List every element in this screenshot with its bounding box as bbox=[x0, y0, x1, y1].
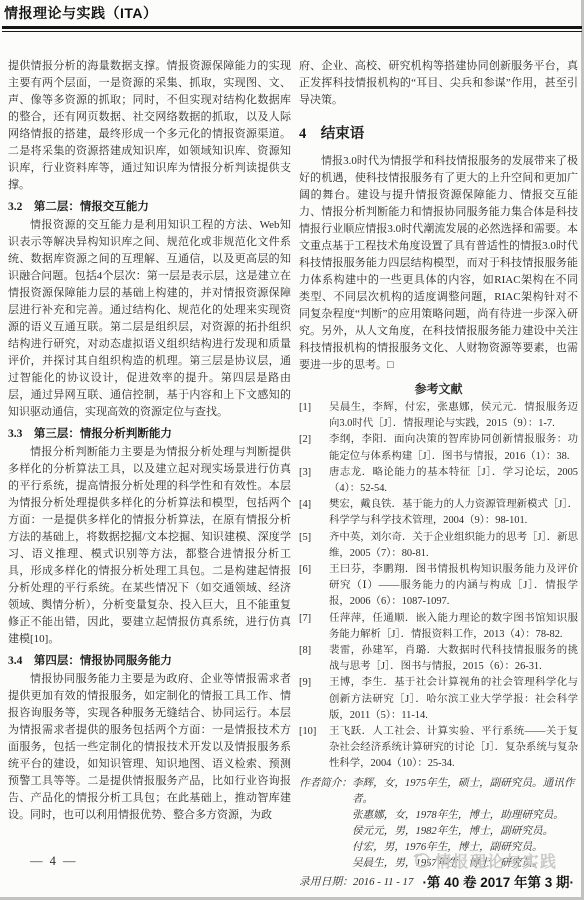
reference-text: 李纲，李阳．面向决策的智库协同创新情报服务：功能定位与体系构建［J］．图书与情报… bbox=[329, 432, 578, 464]
paragraph-continuation: 府、企业、高校、研究机构等搭建协同创新服务平台，真正发挥科技情报机构的“耳目、尖… bbox=[299, 58, 578, 109]
reference-item: [2] 李纲，李阳．面向决策的智库协同创新情报服务：功能定位与体系构建［J］．图… bbox=[299, 432, 578, 464]
reference-item: [3] 唐志龙．略论能力的基本特征［J］．学习论坛，2005（4）：52-54. bbox=[299, 465, 578, 497]
reference-item: [4] 樊宏，戴良铁．基于能力的人力资源管理新模式［J］．科学学与科学技术管理，… bbox=[299, 497, 578, 529]
reference-item: [6] 王曰芬，李鹏翔．图书情报机构知识服务能力及评价研究（Ⅰ）——服务能力的内… bbox=[299, 562, 578, 611]
journal-watermark: 情报理论与实践 bbox=[412, 849, 558, 872]
heading-section-3-3: 3.3 第三层：情报分析判断能力 bbox=[8, 425, 291, 441]
header-rule-thick bbox=[2, 26, 582, 29]
journal-page: 情报理论与实践（ITA） 提供情报分析的海量数据支撑。情报资源保障能力的实现主要… bbox=[0, 0, 584, 900]
reference-label: [5] bbox=[299, 530, 329, 562]
reference-label: [8] bbox=[299, 643, 329, 675]
reference-text: 裴雷，孙建军，肖璐．大数据时代科技情报服务的挑战与思考［J］．图书与情报，201… bbox=[329, 643, 578, 675]
journal-watermark-text: 情报理论与实践 bbox=[435, 849, 558, 872]
paragraph-interaction-capability: 情报资源的交互能力是利用知识工程的方法、Web知识表示等解决异构知识库之间、规范… bbox=[8, 217, 291, 421]
journal-logo-icon bbox=[412, 851, 431, 870]
page-number: — 4 — bbox=[30, 854, 78, 869]
heading-section-3-2: 3.2 第二层：情报交互能力 bbox=[8, 198, 291, 214]
references-title: 参考文献 bbox=[299, 380, 578, 397]
reference-text: 任萍萍，任通顺．嵌入能力理论的数字图书馆知识服务能力解析［J］．情报资料工作，2… bbox=[329, 611, 578, 643]
page-header: 情报理论与实践（ITA） bbox=[0, 0, 584, 32]
reference-text: 唐志龙．略论能力的基本特征［J］．学习论坛，2005（4）：52-54. bbox=[329, 465, 578, 497]
author-bio-label: 作者简介： bbox=[299, 776, 352, 872]
paragraph-conclusion: 情报3.0时代为情报学和科技情报服务的发展带来了极好的机遇，使科技情报服务有了更… bbox=[299, 153, 578, 374]
journal-name: 情报理论与实践（ITA） bbox=[0, 0, 584, 25]
author-line: 张惠娜，女，1978年生，博士，助理研究员。 bbox=[352, 808, 578, 824]
reference-text: 王博，李生．基于社会计算视角的社会管理科学化与创新方法研究［J］．哈尔滨工业大学… bbox=[329, 675, 578, 724]
author-line: 李辉，女，1975年生，硕士，副研究员。通讯作者。 bbox=[352, 776, 578, 808]
paragraph-analysis-capability: 情报分析判断能力主要是为情报分析处理与判断提供多样化的分析算法工具，以及建立起对… bbox=[8, 444, 291, 648]
reference-label: [3] bbox=[299, 465, 329, 497]
heading-section-3-4: 3.4 第四层：情报协同服务能力 bbox=[8, 652, 291, 668]
reference-label: [6] bbox=[299, 562, 329, 611]
reference-item: [10] 王飞跃．人工社会、计算实验、平行系统——关于复杂社会经济系统计算研究的… bbox=[299, 724, 578, 773]
reference-item: [5] 齐中英，刘尔奇．关于企业组织能力的思考［J］．新思维，2005（7）：8… bbox=[299, 530, 578, 562]
paragraph-service-capability: 情报协同服务能力主要是为政府、企业等情报需求者提供更加有效的情报服务，如定制化的… bbox=[8, 671, 291, 824]
reference-item: [9] 王博，李生．基于社会计算视角的社会管理科学化与创新方法研究［J］．哈尔滨… bbox=[299, 675, 578, 724]
reference-text: 王曰芬，李鹏翔．图书情报机构知识服务能力及评价研究（Ⅰ）——服务能力的内涵与构成… bbox=[329, 562, 578, 611]
reference-label: [1] bbox=[299, 400, 329, 432]
paragraph-resource-guarantee: 提供情报分析的海量数据支撑。情报资源保障能力的实现主要有两个层面，一是资源的采集… bbox=[8, 58, 291, 194]
reference-label: [10] bbox=[299, 724, 329, 773]
author-line: 侯元元，男，1982年生，博士，副研究员。 bbox=[352, 824, 578, 840]
reference-text: 吴晨生，李辉，付宏，张惠娜，侯元元．情报服务迈向3.0时代［J］．情报理论与实践… bbox=[329, 400, 578, 432]
volume-issue-line: ·第 40 卷 2017 年第 3 期· bbox=[422, 871, 574, 891]
reference-label: [7] bbox=[299, 611, 329, 643]
header-rule-thin bbox=[2, 31, 582, 32]
reference-label: [2] bbox=[299, 432, 329, 464]
reference-item: [1] 吴晨生，李辉，付宏，张惠娜，侯元元．情报服务迈向3.0时代［J］．情报理… bbox=[299, 400, 578, 432]
reference-label: [9] bbox=[299, 675, 329, 724]
left-column: 提供情报分析的海量数据支撑。情报资源保障能力的实现主要有两个层面，一是资源的采集… bbox=[8, 58, 291, 824]
reference-text: 王飞跃．人工社会、计算实验、平行系统——关于复杂社会经济系统计算研究的讨论［J］… bbox=[329, 724, 578, 773]
reference-item: [8] 裴雷，孙建军，肖璐．大数据时代科技情报服务的挑战与思考［J］．图书与情报… bbox=[299, 643, 578, 675]
heading-section-4: 4 结束语 bbox=[299, 122, 578, 143]
reference-label: [4] bbox=[299, 497, 329, 529]
reference-item: [7] 任萍萍，任通顺．嵌入能力理论的数字图书馆知识服务能力解析［J］．情报资料… bbox=[299, 611, 578, 643]
reference-text: 齐中英，刘尔奇．关于企业组织能力的思考［J］．新思维，2005（7）：80-81… bbox=[329, 530, 578, 562]
reference-text: 樊宏，戴良铁．基于能力的人力资源管理新模式［J］．科学学与科学技术管理，2004… bbox=[329, 497, 578, 529]
right-column: 府、企业、高校、研究机构等搭建协同创新服务平台，真正发挥科技情报机构的“耳目、尖… bbox=[299, 58, 578, 889]
